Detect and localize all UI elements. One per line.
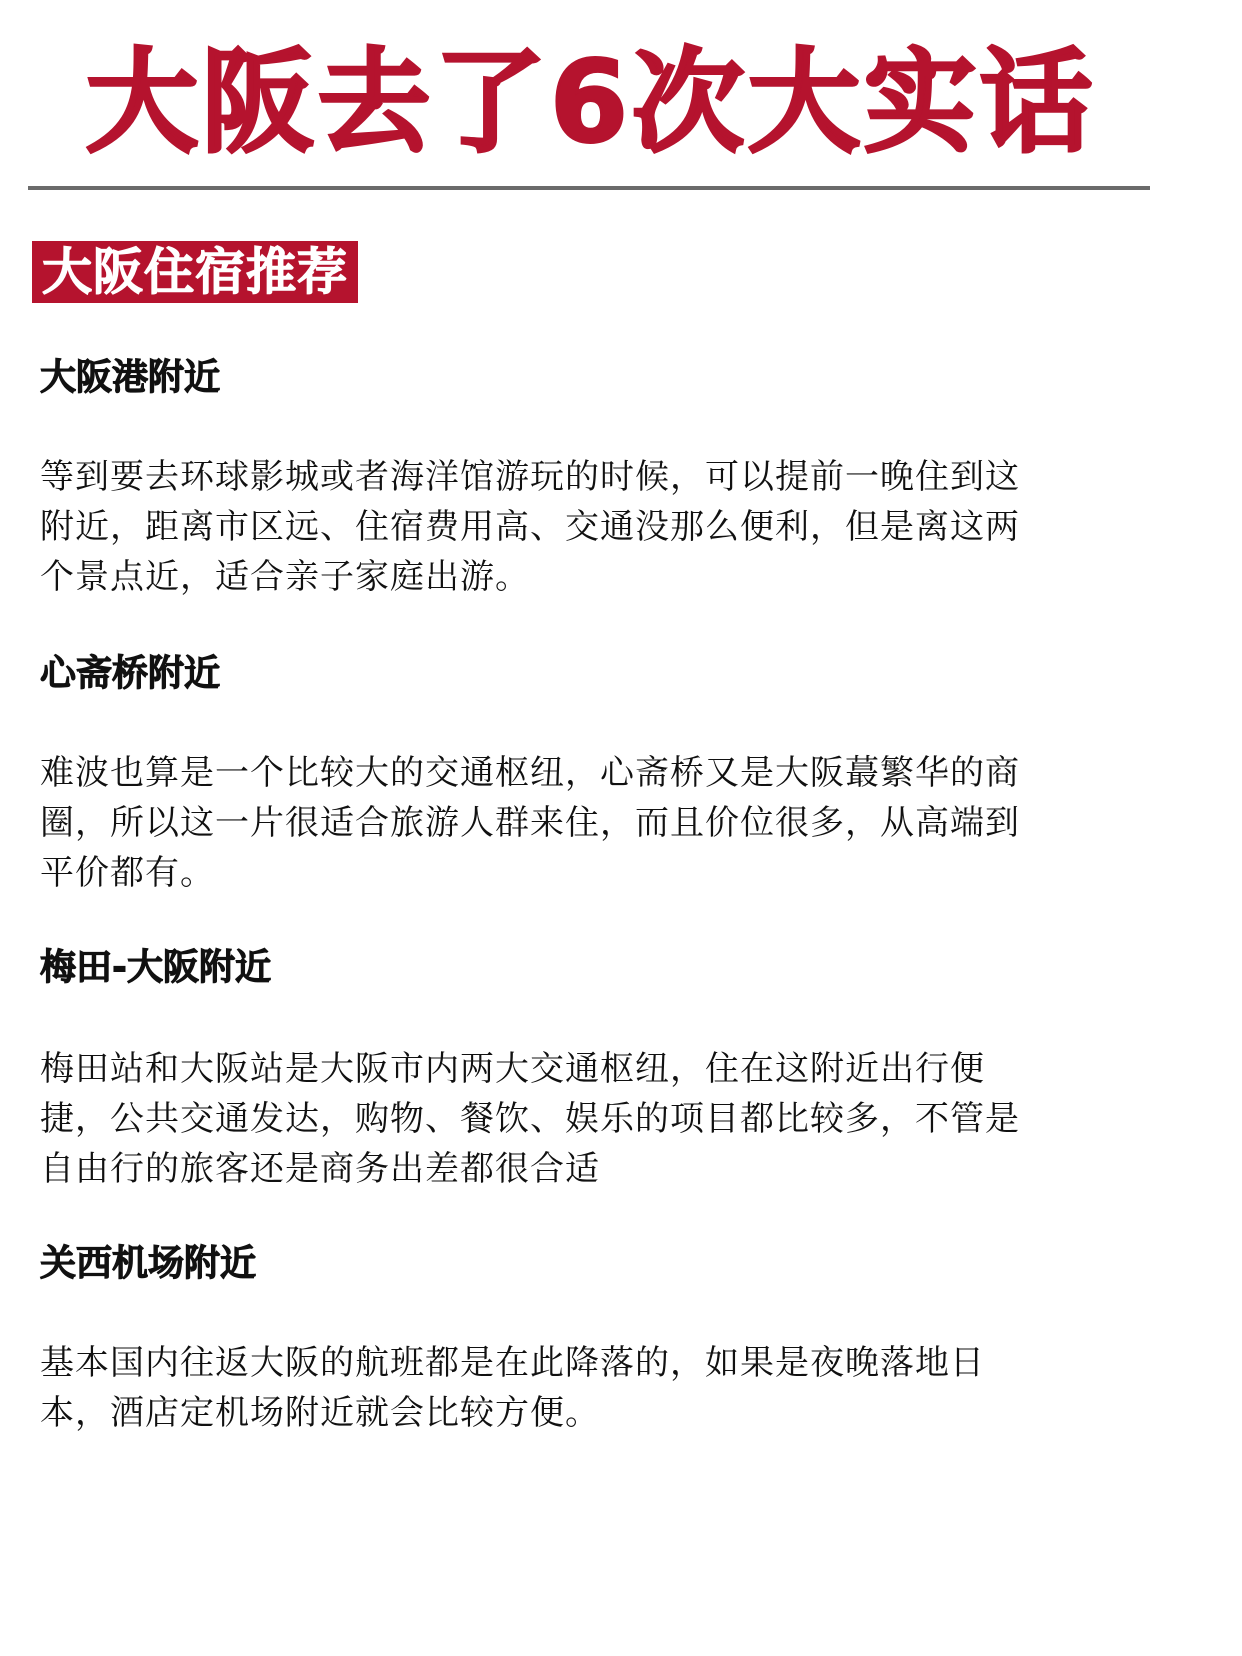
section-body-osaka-port: 等到要去环球影城或者海洋馆游玩的时候，可以提前一晚住到这 附近，距离市区远、住宿… (40, 452, 1110, 602)
title-divider (28, 186, 1150, 190)
section-heading-umeda: 梅田-大阪附近 (40, 946, 271, 990)
body-line: 圈，所以这一片很适合旅游人群来住，而且价位很多，从高端到 (40, 798, 1110, 848)
section-body-kansai-airport: 基本国内往返大阪的航班都是在此降落的，如果是夜晚落地日 本，酒店定机场附近就会比… (40, 1338, 1110, 1438)
body-line: 个景点近，适合亲子家庭出游。 (40, 552, 1110, 602)
page-title: 大阪去了6次大实话 (0, 38, 1242, 168)
section-heading-shinsaibashi: 心斋桥附近 (40, 652, 220, 696)
body-line: 自由行的旅客还是商务出差都很合适 (40, 1144, 1110, 1194)
body-line: 平价都有。 (40, 848, 1110, 898)
body-line: 难波也算是一个比较大的交通枢纽，心斋桥又是大阪蕞繁华的商 (40, 748, 1110, 798)
section-body-shinsaibashi: 难波也算是一个比较大的交通枢纽，心斋桥又是大阪蕞繁华的商 圈，所以这一片很适合旅… (40, 748, 1110, 898)
section-banner: 大阪住宿推荐 (32, 241, 358, 303)
body-line: 基本国内往返大阪的航班都是在此降落的，如果是夜晚落地日 (40, 1338, 1110, 1388)
section-heading-osaka-port: 大阪港附近 (40, 356, 220, 400)
body-line: 附近，距离市区远、住宿费用高、交通没那么便利，但是离这两 (40, 502, 1110, 552)
body-line: 梅田站和大阪站是大阪市内两大交通枢纽，住在这附近出行便 (40, 1044, 1110, 1094)
section-body-umeda: 梅田站和大阪站是大阪市内两大交通枢纽，住在这附近出行便 捷，公共交通发达，购物、… (40, 1044, 1110, 1194)
body-line: 本，酒店定机场附近就会比较方便。 (40, 1388, 1110, 1438)
body-line: 等到要去环球影城或者海洋馆游玩的时候，可以提前一晚住到这 (40, 452, 1110, 502)
section-heading-kansai-airport: 关西机场附近 (40, 1242, 256, 1286)
body-line: 捷，公共交通发达，购物、餐饮、娱乐的项目都比较多，不管是 (40, 1094, 1110, 1144)
